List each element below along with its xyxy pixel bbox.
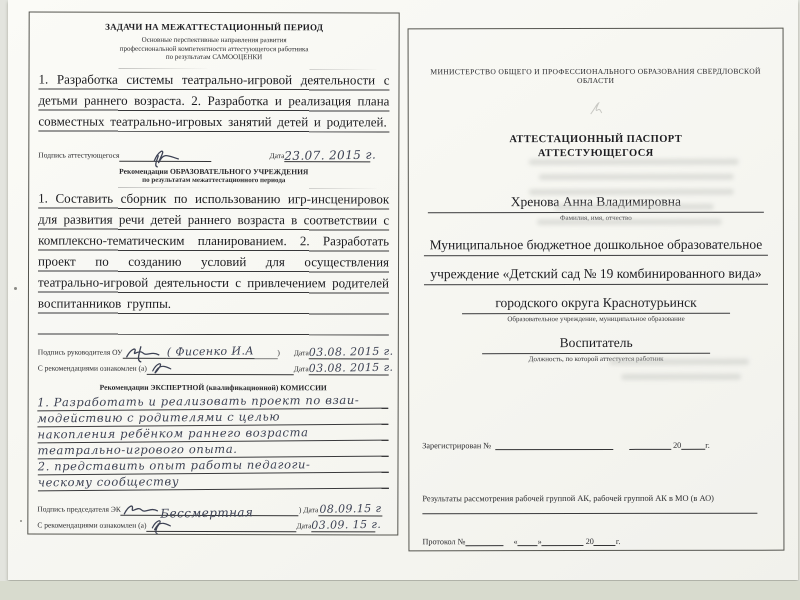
protocol-day-line [518, 532, 538, 546]
doc-title-line1: АТТЕСТАЦИОННЫЙ ПАСПОРТ [422, 133, 770, 148]
scanner-background-bottom [0, 581, 800, 600]
registered-row: Зарегистрирован № 20 г. [422, 436, 770, 451]
protocol-month-line [542, 532, 584, 546]
scanned-page: ЗАДАЧИ НА МЕЖАТТЕСТАЦИОННЫЙ ПЕРИОД Основ… [8, 0, 798, 580]
protocol-number-line [465, 532, 503, 546]
person-name: Хренова Анна Владимировна [428, 193, 764, 214]
chair-signature-line: Бессмертная [121, 502, 299, 516]
ack-row: С рекомендациями ознакомлен (а) Дата 03.… [38, 359, 389, 376]
scan-speck [20, 520, 22, 522]
protocol-year-suffix: г. [616, 537, 621, 546]
chair-signature-row: Подпись председателя ЭК Бессмертная ) Да… [37, 496, 388, 517]
protocol-year-line [594, 532, 616, 546]
ack2-row: С рекомендациями ознакомлен (а) Дата 03.… [37, 516, 388, 533]
head-date-label: Дата [294, 348, 309, 359]
ack2-signature-mark [146, 518, 174, 534]
doc-title-line2: АТТЕСТУЮЩЕГОСЯ [422, 147, 770, 162]
chair-date-label: Дата [303, 505, 318, 516]
position-caption: Должность, по которой аттестуется работн… [422, 355, 770, 365]
right-panel-passport: МИНИСТЕРСТВО ОБЩЕГО И ПРОФЕССИОНАЛЬНОГО … [408, 28, 785, 552]
chair-paren: ) [299, 505, 302, 516]
org-caption: Образовательное учреждение, муниципально… [422, 315, 770, 325]
ack2-date-label: Дата [296, 521, 311, 532]
position-value: Воспитатель [482, 334, 710, 354]
registered-year-prefix: 20 [673, 441, 681, 450]
head-name-value: ( Фисенко И.А [167, 344, 254, 358]
left-panel-title: ЗАДАЧИ НА МЕЖАТТЕСТАЦИОННЫЙ ПЕРИОД [39, 22, 390, 34]
protocol-row: Протокол № « » 20 г. [422, 532, 770, 547]
ack-date-line: 03.08. 2015 г. [309, 361, 389, 375]
head-signature-line [122, 345, 167, 359]
head-paren: ) [277, 348, 280, 359]
ack-signature-line [147, 361, 294, 375]
attested-signature-mark [148, 147, 182, 167]
attested-signature-line [119, 147, 211, 161]
rec-ec-handwritten-block: 1. Разработать и реализовать проект по в… [37, 393, 389, 492]
self-assessment-tasks-text: 1. Разработка системы театрально-игровой… [38, 68, 389, 132]
ack-label: С рекомендациями ознакомлен (а) [38, 364, 147, 375]
attested-signature-row: Подпись аттестующегося Дата 23.07. 2015 … [38, 137, 389, 162]
scan-speck [14, 287, 17, 290]
ack-date-label: Дата [294, 364, 309, 375]
results-line [422, 513, 757, 515]
rec-ec-line: ческому сообществу [38, 473, 389, 492]
org-line2: учреждение «Детский сад № 19 комбинирова… [424, 265, 768, 286]
results-label: Результаты рассмотрения рабочей группой … [422, 494, 770, 504]
head-date-value: 03.08. 2015 г. [309, 345, 394, 359]
org-line1: Муниципальное бюджетное дошкольное образ… [424, 236, 768, 257]
pencil-mark [587, 101, 605, 117]
chair-date-value: 08.09.15 г [319, 502, 381, 516]
chair-date-line: 08.09.15 г [318, 502, 382, 516]
protocol-label: Протокол № [422, 537, 465, 546]
ack-signature-mark [147, 361, 175, 377]
attested-date-line: 23.07. 2015 г. [284, 148, 370, 162]
registered-day-line [629, 436, 671, 450]
head-signature-label: Подпись руководителя ОУ [38, 348, 123, 359]
left-panel-tasks: ЗАДАЧИ НА МЕЖАТТЕСТАЦИОННЫЙ ПЕРИОД Основ… [27, 12, 399, 536]
ack2-date-value: 03.09. 15 г. [311, 518, 381, 532]
chair-signature-label: Подпись председателя ЭК [37, 505, 120, 516]
org-line3: городского округа Краснотурьинск [462, 294, 730, 314]
person-name-caption: Фамилия, имя, отчество [422, 214, 770, 224]
registered-label: Зарегистрирован № [422, 441, 491, 450]
rec-ou-text: 1. Составить сборник по использованию иг… [38, 188, 389, 336]
protocol-year-prefix: 20 [586, 537, 594, 546]
left-subtitle-line3: по результатам САМООЦЕНКИ [39, 53, 390, 62]
ministry-header: МИНИСТЕРСТВО ОБЩЕГО И ПРОФЕССИОНАЛЬНОГО … [422, 67, 770, 86]
ack2-signature-line [146, 518, 296, 532]
head-name-line: ( Фисенко И.А [167, 345, 277, 359]
attested-signature-label: Подпись аттестующегося [38, 150, 119, 161]
head-date-line: 03.08. 2015 г. [309, 345, 389, 359]
registered-year-line [681, 436, 705, 450]
rec-ec-title: Рекомендации ЭКСПЕРТНОЙ (квалификационно… [38, 383, 389, 393]
attested-date-value: 23.07. 2015 г. [284, 147, 376, 162]
head-signature-row: Подпись руководителя ОУ ( Фисенко И.А ) … [38, 339, 389, 360]
ack-date-value: 03.08. 2015 г. [309, 361, 394, 375]
registered-number-line [495, 436, 613, 450]
registered-year-suffix: г. [705, 441, 710, 450]
ack2-date-line: 03.09. 15 г. [311, 518, 375, 532]
attested-date-label: Дата [269, 151, 284, 162]
ack2-label: С рекомендациями ознакомлен (а) [37, 521, 146, 532]
rec-ou-subtitle: по результатам межаттестационного период… [38, 175, 389, 184]
